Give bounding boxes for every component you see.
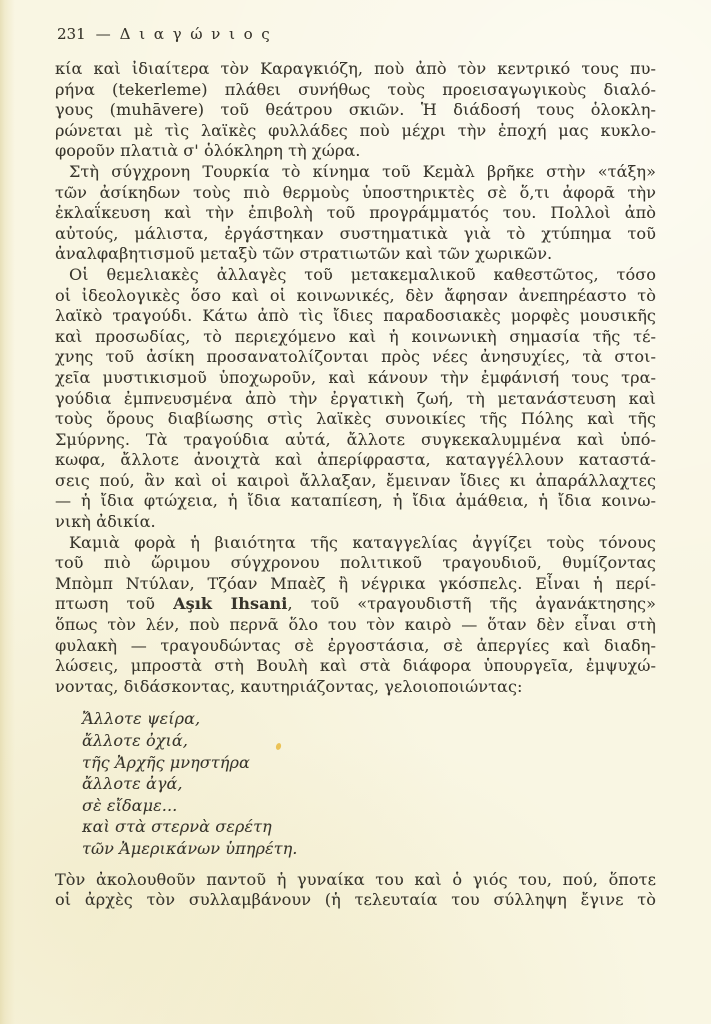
- text-line: Σμύρνης. Τὰ τραγούδια αὐτά, ἄλλοτε συγκε…: [55, 430, 656, 451]
- text-line: φυλακὴ — τραγουδώντας σὲ ἐργοστάσια, σὲ …: [55, 636, 656, 657]
- text-line: Μπὸμπ Ντύλαν, Τζόαν Μπαὲζ ἢ νέγρικα γκόσ…: [55, 574, 656, 595]
- text-line: Οἱ θεμελιακὲς ἀλλαγὲς τοῦ μετακεμαλικοῦ …: [55, 265, 656, 286]
- text-line: σεις πού, ἂν καὶ οἱ καιροὶ ἄλλαξαν, ἔμει…: [55, 471, 656, 492]
- text-line: τοὺς ὅρους διαβίωσης στὶς λαϊκὲς συνοικί…: [55, 409, 656, 430]
- text-line: γούδια ἐμπνευσμένα ἀπὸ τὴν ἐργατικὴ ζωή,…: [55, 389, 656, 410]
- text-line: ρήνα (tekerleme) πλάθει συνήθως τοὺς προ…: [55, 80, 656, 101]
- verse-line: ἄλλοτε ἀγά,: [82, 773, 656, 795]
- verse-line: ἄλλοτε ὀχιά,: [82, 730, 656, 752]
- text-line: αὐτούς, μάλιστα, ἐργάστηκαν συστηματικὰ …: [55, 224, 656, 245]
- text-line: — ἡ ἴδια φτώχεια, ἡ ἴδια καταπίεση, ἡ ἴδ…: [55, 491, 656, 512]
- text-line: νοντας, διδάσκοντας, καυτηριάζοντας, γελ…: [55, 677, 656, 698]
- verse-line: σὲ εἴδαμε...: [82, 795, 656, 817]
- paragraph: Καμιὰ φορὰ ἡ βιαιότητα τῆς καταγγελίας ἀ…: [55, 533, 656, 698]
- header-dash: —: [96, 25, 111, 43]
- paragraph: Τὸν ἀκολουθοῦν παντοῦ ἡ γυναίκα του καὶ …: [55, 870, 656, 911]
- text-line: χνης τοῦ ἀσίκη προσανατολίζονται πρὸς νέ…: [55, 347, 656, 368]
- text-line: καὶ προσωδίας, τὸ περιεχόμενο καὶ ἡ κοιν…: [55, 327, 656, 348]
- verse-line: Ἄλλοτε ψείρα,: [82, 708, 656, 730]
- text-line: ἐκλαΐκευση καὶ τὴν ἐπιβολὴ τοῦ προγράμμα…: [55, 203, 656, 224]
- page-text: κία καὶ ἰδιαίτερα τὸν Καραγκιόζη, ποὺ ἀπ…: [55, 59, 656, 911]
- journal-title: Διαγώνιος: [120, 25, 279, 43]
- text-line: κωφα, ἄλλοτε ἀνοιχτὰ καὶ ἀπερίφραστα, κα…: [55, 450, 656, 471]
- verse-block: Ἄλλοτε ψείρα,ἄλλοτε ὀχιά,τῆς Ἀρχῆς μνηστ…: [82, 708, 656, 859]
- verse-line: καὶ στὰ στερνὰ σερέτη: [82, 816, 656, 838]
- text-line: ἀναλφαβητισμοῦ μεταξὺ τῶν στρατιωτῶν καὶ…: [55, 244, 656, 265]
- text-line: οἱ ἰδεολογικὲς ὅσο καὶ οἱ κοινωνικές, δὲ…: [55, 286, 656, 307]
- verse-line: τῆς Ἀρχῆς μνηστήρα: [82, 752, 656, 774]
- text-line: Τὸν ἀκολουθοῦν παντοῦ ἡ γυναίκα του καὶ …: [55, 870, 656, 891]
- text-line: λώσεις, μπροστὰ στὴ Βουλὴ καὶ στὰ διάφορ…: [55, 656, 656, 677]
- running-head: 231—Διαγώνιος: [57, 24, 278, 44]
- text-line: κία καὶ ἰδιαίτερα τὸν Καραγκιόζη, ποὺ ἀπ…: [55, 59, 656, 80]
- text-line: ρώνεται μὲ τὶς λαϊκὲς φυλλάδες ποὺ μέχρι…: [55, 121, 656, 142]
- text-line: τοῦ πιὸ ὥριμου σύγχρονου πολιτικοῦ τραγο…: [55, 553, 656, 574]
- text-line: φοροῦν πλατιὰ σ' ὁλόκληρη τὴ χώρα.: [55, 141, 656, 162]
- paragraph: κία καὶ ἰδιαίτερα τὸν Καραγκιόζη, ποὺ ἀπ…: [55, 59, 656, 162]
- text-line: πτωση τοῦ Aşık Ihsani, τοῦ «τραγουδιστῆ …: [55, 594, 656, 615]
- text-line: γους (muhāvere) τοῦ θεάτρου σκιῶν. Ἡ διά…: [55, 100, 656, 121]
- text-line: νικὴ ἀδικία.: [55, 512, 656, 533]
- text-line: λαϊκὸ τραγούδι. Κάτω ἀπὸ τὶς ἴδιες παραδ…: [55, 306, 656, 327]
- paragraph: Οἱ θεμελιακὲς ἀλλαγὲς τοῦ μετακεμαλικοῦ …: [55, 265, 656, 533]
- text-line: ὅπως τὸν λέν, ποὺ περνᾶ ὅλο του τὸν καιρ…: [55, 615, 656, 636]
- text-line: Στὴ σύγχρονη Τουρκία τὸ κίνημα τοῦ Κεμὰλ…: [55, 162, 656, 183]
- text-line: χεῖα μυστικισμοῦ ὑποχωροῦν, καὶ κάνουν τ…: [55, 368, 656, 389]
- text-line: οἱ ἀρχὲς τὸν συλλαμβάνουν (ἡ τελευταία τ…: [55, 890, 656, 911]
- book-page: 231—Διαγώνιος κία καὶ ἰδιαίτερα τὸν Καρα…: [0, 0, 711, 1024]
- page-number: 231: [57, 25, 86, 43]
- paragraph: Στὴ σύγχρονη Τουρκία τὸ κίνημα τοῦ Κεμὰλ…: [55, 162, 656, 265]
- text-line: τῶν ἀσίκηδων τοὺς πιὸ θερμοὺς ὑποστηρικτ…: [55, 183, 656, 204]
- verse-line: τῶν Ἀμερικάνων ὑπηρέτη.: [82, 838, 656, 860]
- text-line: Καμιὰ φορὰ ἡ βιαιότητα τῆς καταγγελίας ἀ…: [55, 533, 656, 554]
